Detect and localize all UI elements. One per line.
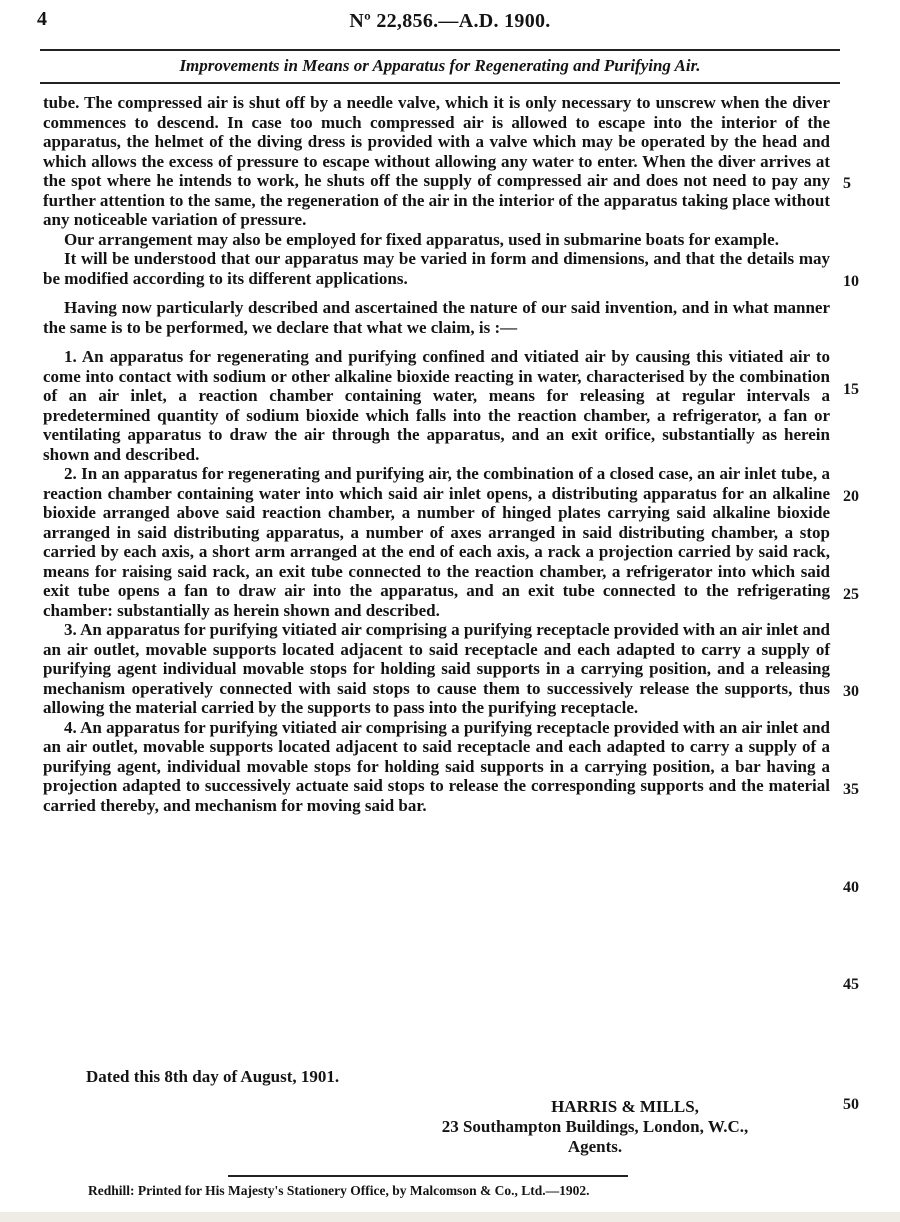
firm-name: HARRIS & MILLS, xyxy=(380,1097,810,1117)
paragraph-fixed-apparatus: Our arrangement may also be employed for… xyxy=(43,230,830,250)
running-title: Improvements in Means or Apparatus for R… xyxy=(40,56,840,76)
line-number: 25 xyxy=(843,586,859,604)
dated-line: Dated this 8th day of August, 1901. xyxy=(86,1067,339,1087)
footer-rule xyxy=(228,1175,628,1177)
line-number: 30 xyxy=(843,683,859,701)
header-rule-bottom xyxy=(40,82,840,84)
line-number: 10 xyxy=(843,273,859,291)
claim-2: 2. In an apparatus for regenerating and … xyxy=(43,464,830,620)
claim-4: 4. An apparatus for purifying vitiated a… xyxy=(43,718,830,816)
firm-role: Agents. xyxy=(380,1137,810,1157)
line-number: 20 xyxy=(843,488,859,506)
line-number: 45 xyxy=(843,976,859,994)
line-number: 5 xyxy=(843,175,851,193)
line-number: 40 xyxy=(843,879,859,897)
line-number: 50 xyxy=(843,1096,859,1114)
line-number: 35 xyxy=(843,781,859,799)
paragraph-continuation: tube. The compressed air is shut off by … xyxy=(43,93,830,230)
printer-imprint: Redhill: Printed for His Majesty's Stati… xyxy=(88,1183,589,1199)
body-text: tube. The compressed air is shut off by … xyxy=(43,93,830,815)
page-edge xyxy=(0,1212,900,1222)
paragraph-declaration: Having now particularly described and as… xyxy=(43,298,830,337)
header-rule-top xyxy=(40,49,840,51)
paragraph-variations: It will be understood that our apparatus… xyxy=(43,249,830,288)
claim-1: 1. An apparatus for regenerating and pur… xyxy=(43,347,830,464)
agents-block: HARRIS & MILLS, 23 Southampton Buildings… xyxy=(380,1097,810,1157)
line-number: 15 xyxy=(843,381,859,399)
patent-number: Nº 22,856.—A.D. 1900. xyxy=(0,10,900,33)
firm-address: 23 Southampton Buildings, London, W.C., xyxy=(380,1117,810,1137)
claim-3: 3. An apparatus for purifying vitiated a… xyxy=(43,620,830,718)
